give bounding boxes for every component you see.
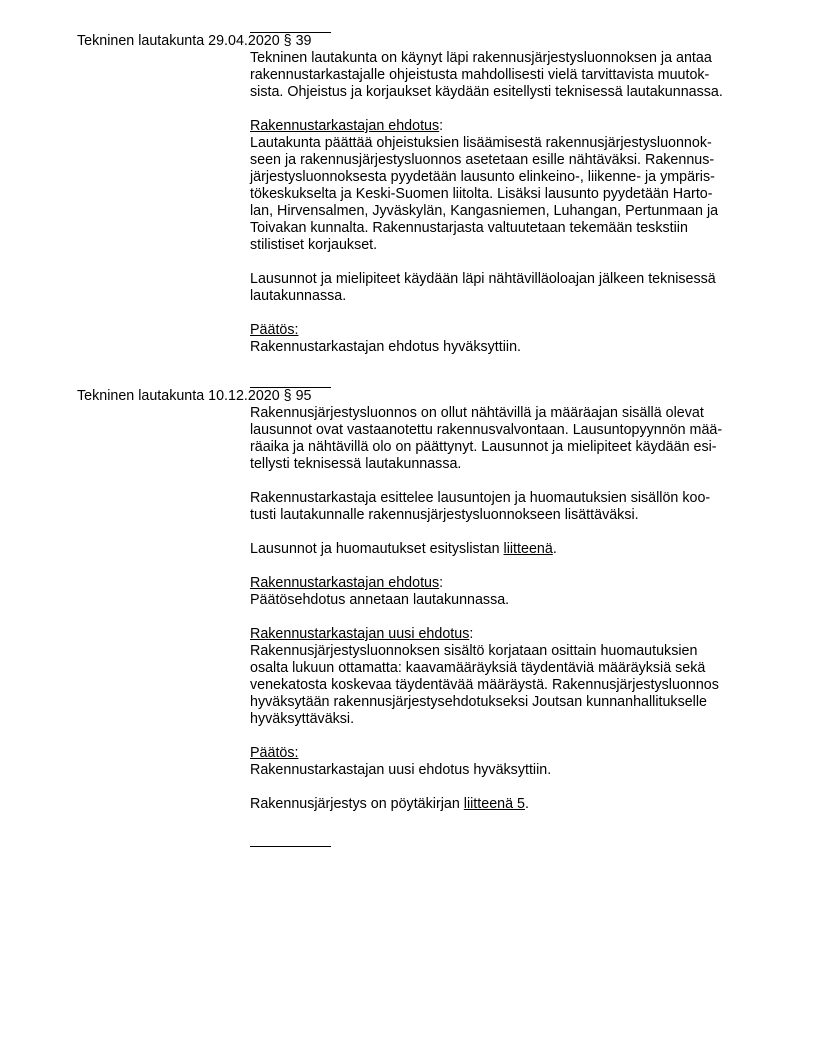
proposal-paragraph: Rakennustarkastajan ehdotus:Päätösehdotu… [250, 575, 740, 609]
paragraph: Rakennustarkastaja esittelee lausuntojen… [250, 490, 740, 524]
text: Lausunnot ja huomautukset esityslistan [250, 541, 504, 557]
attachment-link[interactable]: liitteenä [504, 541, 553, 557]
decision-heading: Päätös: [250, 322, 298, 338]
section-header: Tekninen lautakunta 10.12.2020 § 95 [77, 388, 312, 405]
paragraph: Tekninen lautakunta on käynyt läpi raken… [250, 50, 740, 101]
attachment-link[interactable]: liitteenä 5 [464, 796, 525, 812]
section-body: Tekninen lautakunta on käynyt läpi raken… [250, 50, 740, 373]
section-header: Tekninen lautakunta 29.04.2020 § 39 [77, 33, 312, 50]
proposal-heading: Rakennustarkastajan ehdotus [250, 575, 439, 591]
text: . [525, 796, 529, 812]
heading-suffix: : [469, 626, 473, 642]
new-proposal-text: Rakennusjärjestysluonnoksen sisältö korj… [250, 643, 719, 727]
paragraph: Lausunnot ja mielipiteet käydään läpi nä… [250, 271, 740, 305]
proposal-text: Lautakunta päättää ohjeistuksien lisäämi… [250, 135, 718, 253]
attachment-paragraph: Lausunnot ja huomautukset esityslistan l… [250, 541, 740, 558]
end-divider [250, 846, 331, 847]
document-page: Tekninen lautakunta 29.04.2020 § 39 Tekn… [0, 0, 816, 1056]
proposal-heading: Rakennustarkastajan ehdotus [250, 118, 439, 134]
proposal-text: Päätösehdotus annetaan lautakunnassa. [250, 592, 509, 608]
heading-suffix: : [439, 575, 443, 591]
heading-suffix: : [439, 118, 443, 134]
decision-heading: Päätös: [250, 745, 298, 761]
proposal-paragraph: Rakennustarkastajan ehdotus:Lautakunta p… [250, 118, 740, 254]
text: . [553, 541, 557, 557]
decision-paragraph: Päätös:Rakennustarkastajan ehdotus hyväk… [250, 322, 740, 356]
attachment-paragraph: Rakennusjärjestys on pöytäkirjan liittee… [250, 796, 740, 813]
section-body: Rakennusjärjestysluonnos on ollut nähtäv… [250, 405, 740, 830]
new-proposal-heading: Rakennustarkastajan uusi ehdotus [250, 626, 469, 642]
decision-text: Rakennustarkastajan uusi ehdotus hyväksy… [250, 762, 551, 778]
new-proposal-paragraph: Rakennustarkastajan uusi ehdotus:Rakennu… [250, 626, 740, 728]
decision-text: Rakennustarkastajan ehdotus hyväksyttiin… [250, 339, 521, 355]
decision-paragraph: Päätös:Rakennustarkastajan uusi ehdotus … [250, 745, 740, 779]
paragraph: Rakennusjärjestysluonnos on ollut nähtäv… [250, 405, 740, 473]
text: Rakennusjärjestys on pöytäkirjan [250, 796, 464, 812]
